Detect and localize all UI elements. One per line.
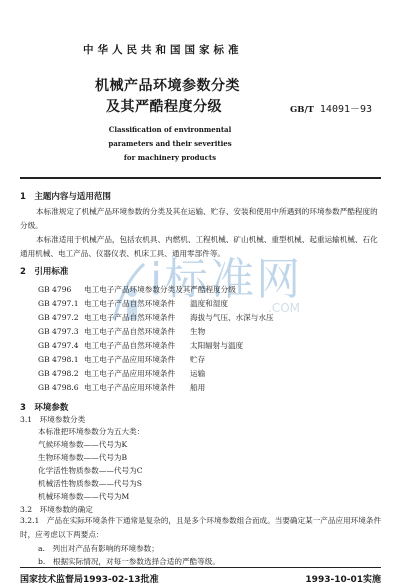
point-item: a. 列出对产品有影响的环境参数； xyxy=(38,543,159,554)
section-3-heading: 3 环境参数 xyxy=(20,401,68,413)
section-1-para-2: 本标准适用于机械产品，包括农机具、内燃机、工程机械、矿山机械、重型机械、起重运输… xyxy=(20,233,382,261)
english-title-line2: parameters and their severities xyxy=(100,139,240,148)
category-item: 机械环境参数——代号为M xyxy=(38,491,129,502)
reference-item: GB 4797.2电工电子产品自然环境条件海拔与气压、水深与水压 xyxy=(38,312,274,323)
section-1-para-1: 本标准规定了机械产品环境参数的分类及其在运输、贮存、安装和使用中所遇到的环境参数… xyxy=(20,205,382,233)
approval-date: 国家技术监督局1993-02-13批准 xyxy=(20,572,159,585)
category-item: 生物环境参数——代号为B xyxy=(38,452,127,463)
document-title-line1: 机械产品环境参数分类 xyxy=(95,75,240,95)
section-3-1-heading: 3.1 环境参数分类 xyxy=(20,413,85,427)
document-title-line2: 及其严酷程度分级 xyxy=(106,96,222,116)
header-divider xyxy=(20,177,381,179)
national-standard-label: 中华人民共和国国家标准 xyxy=(83,42,243,57)
english-title-line3: for machinery products xyxy=(100,153,240,162)
reference-item: GB 4796电工电子产品环境参数分类及其严酷程度分级 xyxy=(38,284,236,295)
effective-date: 1993-10-01实施 xyxy=(305,572,381,585)
footer-divider xyxy=(20,567,381,568)
code-number: 14091－93 xyxy=(320,104,372,115)
english-title-line1: Classification of environmental xyxy=(100,125,240,134)
reference-item: GB 4798.6电工电子产品应用环境条件船用 xyxy=(38,382,205,393)
reference-item: GB 4797.3电工电子产品自然环境条件生物 xyxy=(38,326,205,337)
category-item: 机械活性物质参数——代号为S xyxy=(38,478,142,489)
standard-code: GB/T 14091－93 xyxy=(290,100,372,115)
section-3-1-intro: 本标准把环境参数分为五大类： xyxy=(38,426,144,437)
section-2-heading: 2 引用标准 xyxy=(20,265,68,277)
reference-item: GB 4797.1电工电子产品自然环境条件温度和湿度 xyxy=(38,298,228,309)
category-item: 化学活性物质参数——代号为C xyxy=(38,465,143,476)
section-1-heading: 1 主题内容与适用范围 xyxy=(20,190,111,202)
section-3-2-1-para: 3.2.1 产品在实际环境条件下通常是复杂的，且是多个环境参数组合而成。当要确定… xyxy=(20,514,382,542)
category-item: 气候环境参数——代号为K xyxy=(38,439,127,450)
code-prefix: GB/T xyxy=(290,105,314,115)
reference-item: GB 4797.4电工电子产品自然环境条件太阳辐射与温度 xyxy=(38,340,243,351)
reference-item: GB 4798.2电工电子产品应用环境条件运输 xyxy=(38,368,205,379)
point-item: b. 根据实际情况，对每一参数选择合适的严酷等级。 xyxy=(38,556,220,567)
reference-item: GB 4798.1电工电子产品应用环境条件贮存 xyxy=(38,354,205,365)
